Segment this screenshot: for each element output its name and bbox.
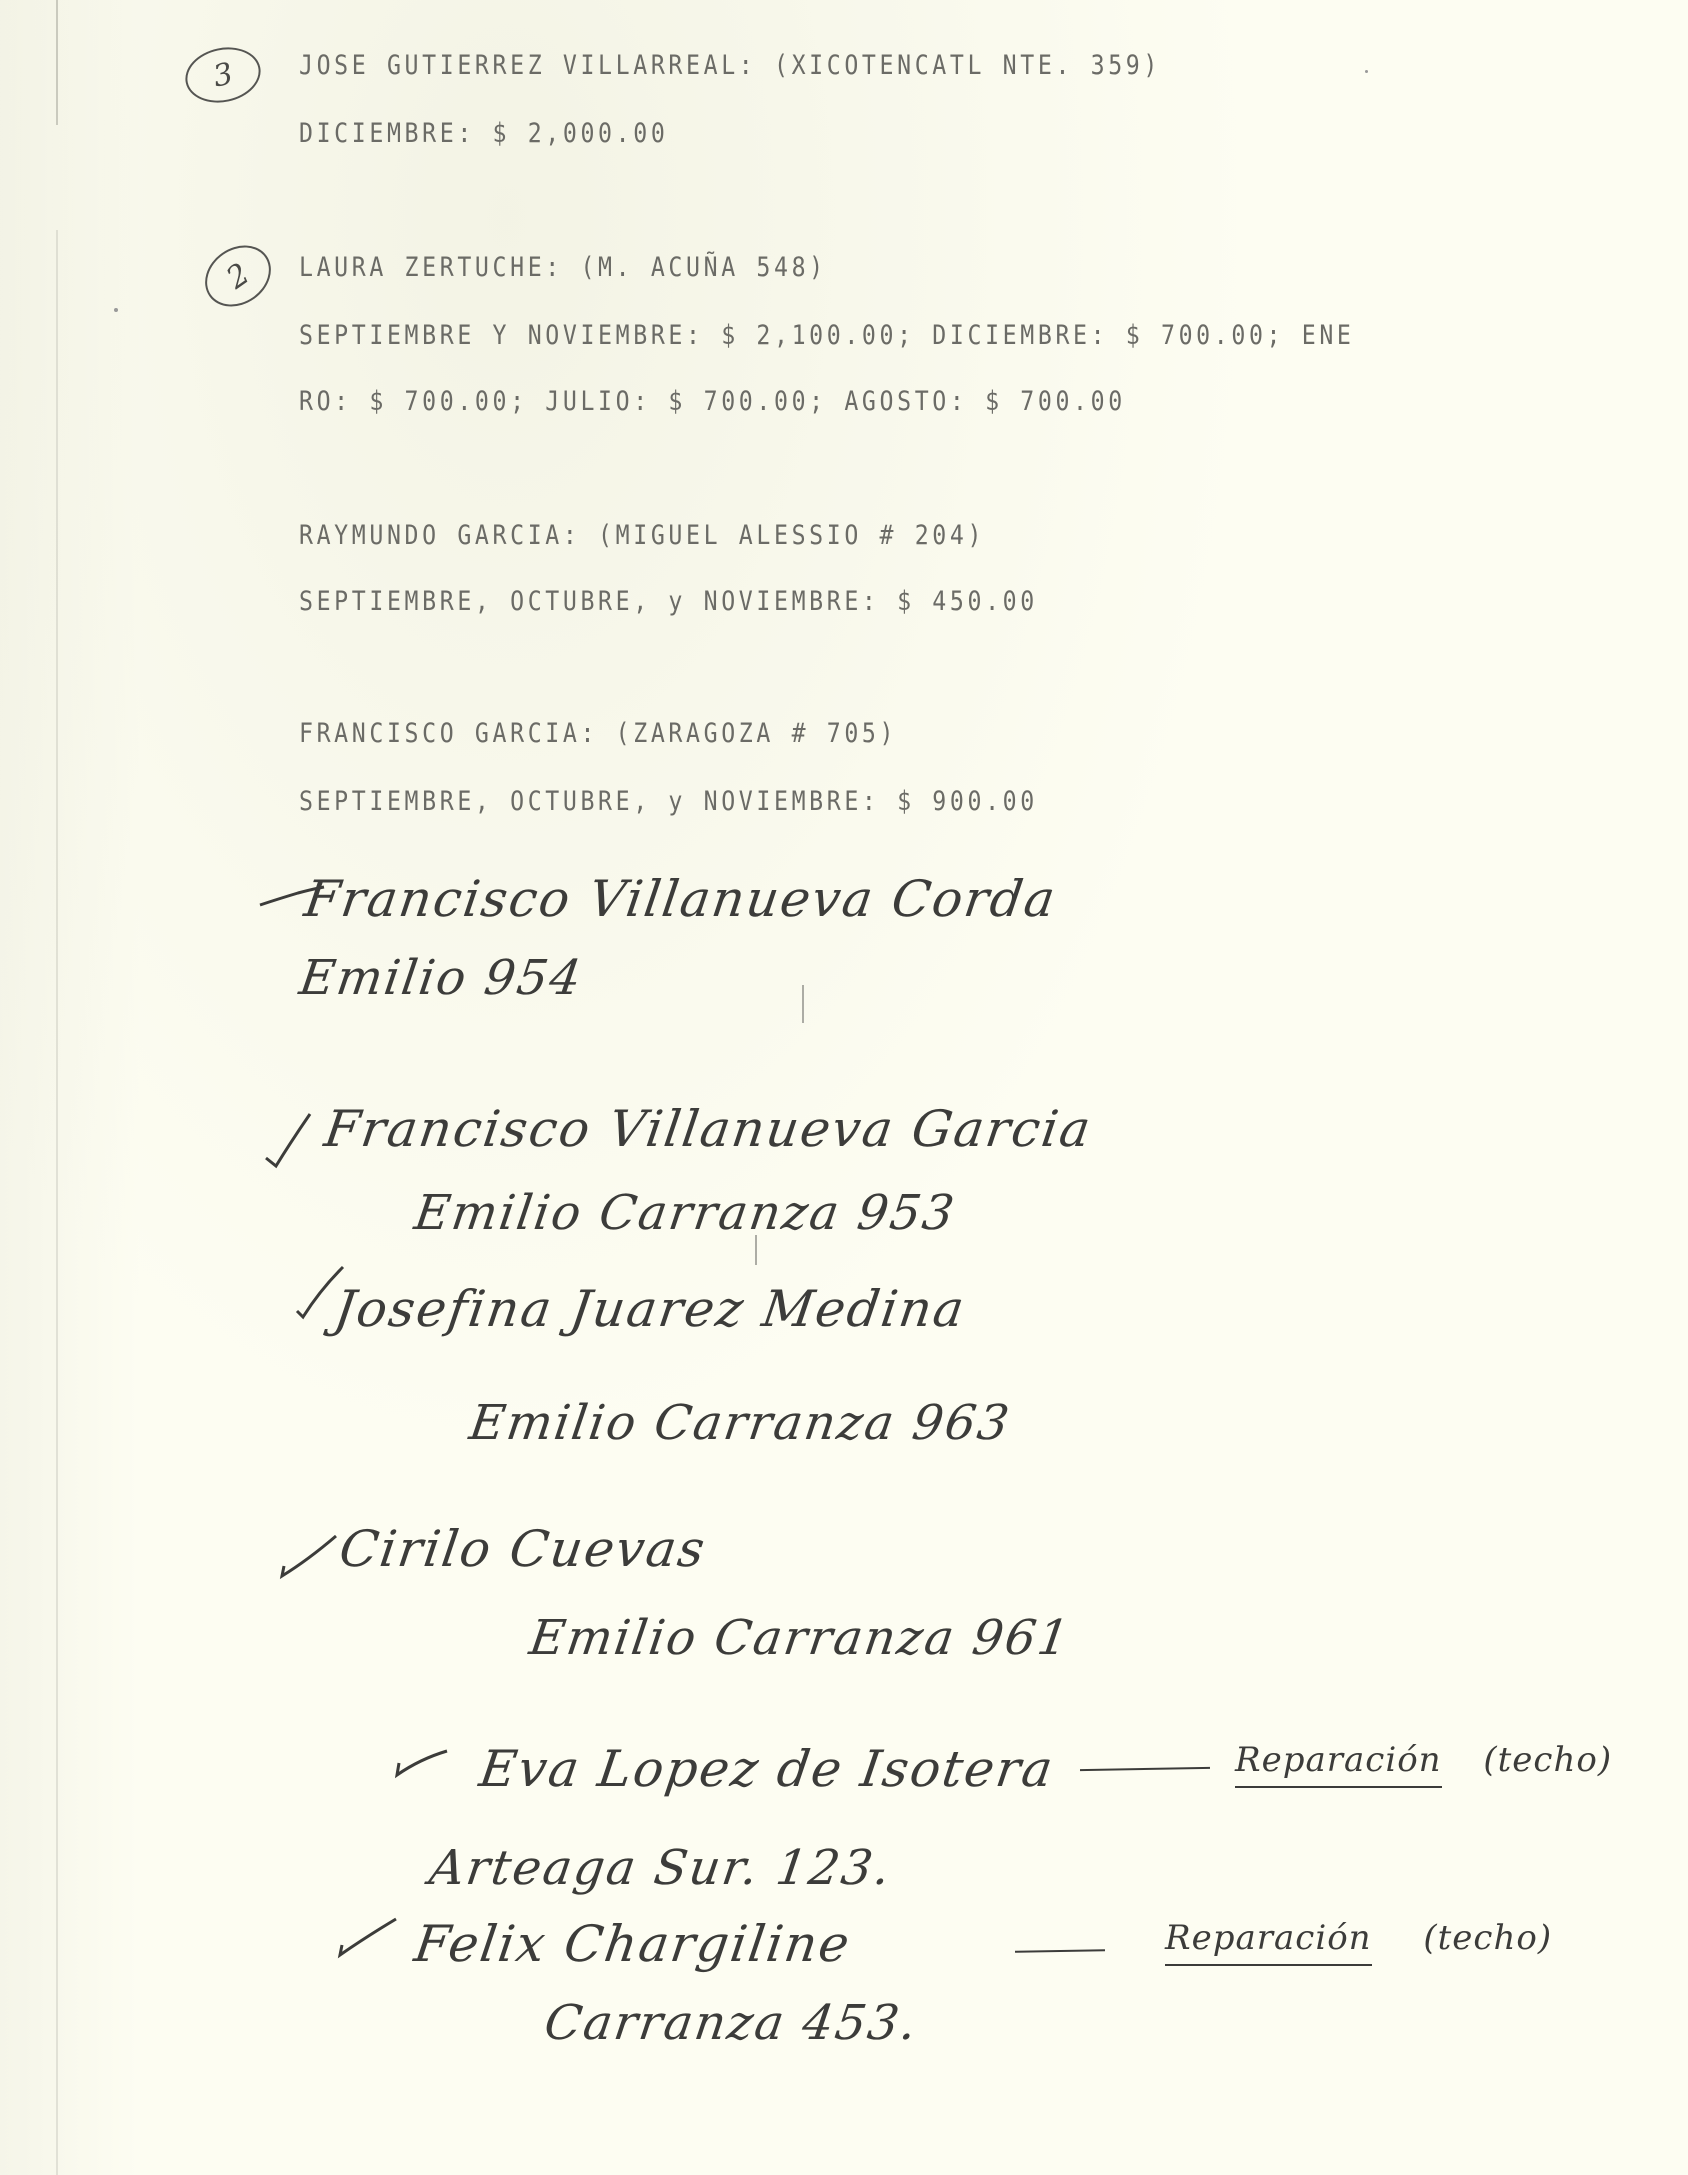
typed-payment-line: SEPTIEMBRE, OCTUBRE, y NOVIEMBRE: $ 900.… [299,786,1038,817]
handwritten-address: Carranza 453. [541,1995,922,2051]
typed-name-line: FRANCISCO GARCIA: (ZARAGOZA # 705) [299,718,897,749]
stray-pencil-mark [802,985,804,1023]
repair-note: Reparación (techo) [1235,1740,1612,1780]
check-mark-icon [278,1530,338,1580]
repair-note-label: Reparación [1235,1740,1442,1788]
typed-payment-line: RO: $ 700.00; JULIO: $ 700.00; AGOSTO: $… [299,386,1126,417]
check-mark-icon [395,1745,450,1785]
handwritten-address: Emilio 954 [296,950,586,1006]
handwritten-address: Emilio Carranza 961 [526,1610,1074,1666]
paper-speck [114,308,118,312]
handwritten-name: Francisco Villanueva Garcia [321,1100,1096,1158]
stray-pencil-mark [755,1235,757,1265]
handwritten-name: Felix Chargiline [411,1915,855,1973]
typed-payment-line: DICIEMBRE: $ 2,000.00 [299,118,668,149]
typed-name-line: JOSE GUTIERREZ VILLARREAL: (XICOTENCATL … [299,50,1161,81]
typed-payment-line: SEPTIEMBRE Y NOVIEMBRE: $ 2,100.00; DICI… [299,320,1355,351]
repair-note-detail: (techo) [1423,1918,1552,1958]
check-mark-icon [262,1110,312,1170]
handwritten-name: Josefina Juarez Medina [331,1280,970,1338]
repair-note-detail: (techo) [1483,1740,1612,1780]
repair-note: Reparación (techo) [1165,1918,1552,1958]
scan-edge-line [56,0,58,125]
circled-number-marker: 3 [180,41,266,110]
handwritten-name: Francisco Villanueva Corda [301,870,1060,928]
scan-edge-line [56,230,58,2175]
marker-number: 2 [220,256,256,296]
handwritten-address: Arteaga Sur. 123. [426,1840,895,1896]
dash-separator [1080,1767,1210,1771]
repair-note-label: Reparación [1165,1918,1372,1966]
circled-number-marker: 2 [193,233,282,319]
marker-number: 3 [210,56,236,94]
handwritten-name: Cirilo Cuevas [336,1520,710,1578]
scanned-page: 3 JOSE GUTIERREZ VILLARREAL: (XICOTENCAT… [0,0,1688,2175]
handwritten-address: Emilio Carranza 953 [411,1185,959,1241]
handwritten-name: Eva Lopez de Isotera [476,1740,1058,1798]
typed-payment-line: SEPTIEMBRE, OCTUBRE, y NOVIEMBRE: $ 450.… [299,586,1038,617]
handwritten-address: Emilio Carranza 963 [466,1395,1014,1451]
typed-name-line: LAURA ZERTUCHE: (M. ACUÑA 548) [299,252,827,283]
typed-name-line: RAYMUNDO GARCIA: (MIGUEL ALESSIO # 204) [299,520,985,551]
paper-speck [1365,70,1368,73]
dash-separator [1015,1949,1105,1953]
check-mark-icon [338,1915,398,1960]
